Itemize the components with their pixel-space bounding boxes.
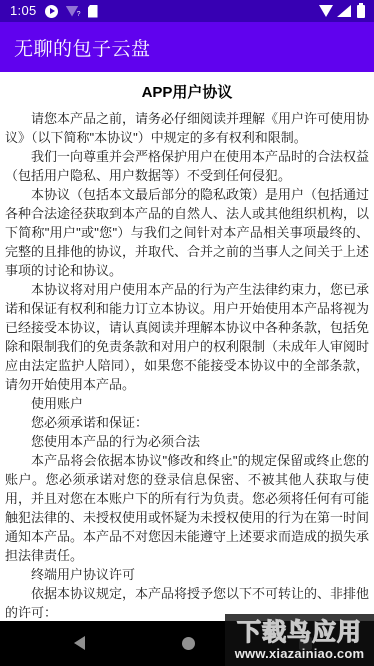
wifi-icon	[319, 5, 333, 17]
status-bar-left: 1:05 ?	[10, 0, 98, 22]
agreement-paragraph: 您使用本产品的行为必须合法	[5, 432, 369, 451]
back-button[interactable]	[74, 636, 85, 650]
wifi-question-icon: ?	[66, 6, 79, 17]
agreement-paragraph: 我们一向尊重并会严格保护用户在使用本产品时的合法权益（包括用户隐私、用户数据等）…	[5, 147, 369, 185]
home-button[interactable]	[182, 637, 195, 650]
document-title: APP用户协议	[5, 83, 369, 102]
agreement-section-heading: 终端用户协议许可	[5, 565, 369, 584]
app-title: 无聊的包子云盘	[14, 34, 151, 61]
app-bar: 无聊的包子云盘	[0, 22, 374, 72]
watermark: 下载鸟应用 www.xiazainiao.com	[225, 614, 374, 666]
battery-icon	[357, 5, 365, 18]
agreement-paragraph: 请您本产品之前，请务必仔细阅读并理解《用户许可使用协议》（以下简称"本协议"）中…	[5, 109, 369, 147]
watermark-brand: 下载鸟应用	[237, 620, 362, 646]
question-mark-glyph: ?	[77, 11, 81, 18]
status-bar-right	[319, 5, 365, 18]
play-protect-icon	[45, 5, 58, 18]
play-triangle-icon	[50, 8, 55, 14]
cell-signal-icon	[337, 5, 351, 17]
agreement-document[interactable]: APP用户协议 请您本产品之前，请务必仔细阅读并理解《用户许可使用协议》（以下简…	[0, 72, 374, 641]
status-time: 1:05	[10, 0, 37, 22]
agreement-paragraph: 本协议（包括本文最后部分的隐私政策）是用户（包括通过各种合法途径获取到本产品的自…	[5, 185, 369, 280]
status-bar: 1:05 ?	[0, 0, 374, 22]
watermark-url: www.xiazainiao.com	[235, 646, 365, 661]
agreement-paragraph: 您必须承诺和保证：	[5, 413, 369, 432]
agreement-paragraph: 本协议将对用户使用本产品的行为产生法律约束力，您已承诺和保证有权利和能力订立本协…	[5, 280, 369, 394]
phone-screen: 1:05 ? 无聊的包子云盘 APP用户协议 请您本产品之前，请务必仔细阅读并理…	[0, 0, 374, 666]
agreement-section-heading: 使用账户	[5, 394, 369, 413]
agreement-paragraph: 本产品将会依据本协议"修改和终止"的规定保留或终止您的账户。您必须承诺对您的登录…	[5, 451, 369, 565]
sim-card-icon	[88, 5, 98, 18]
